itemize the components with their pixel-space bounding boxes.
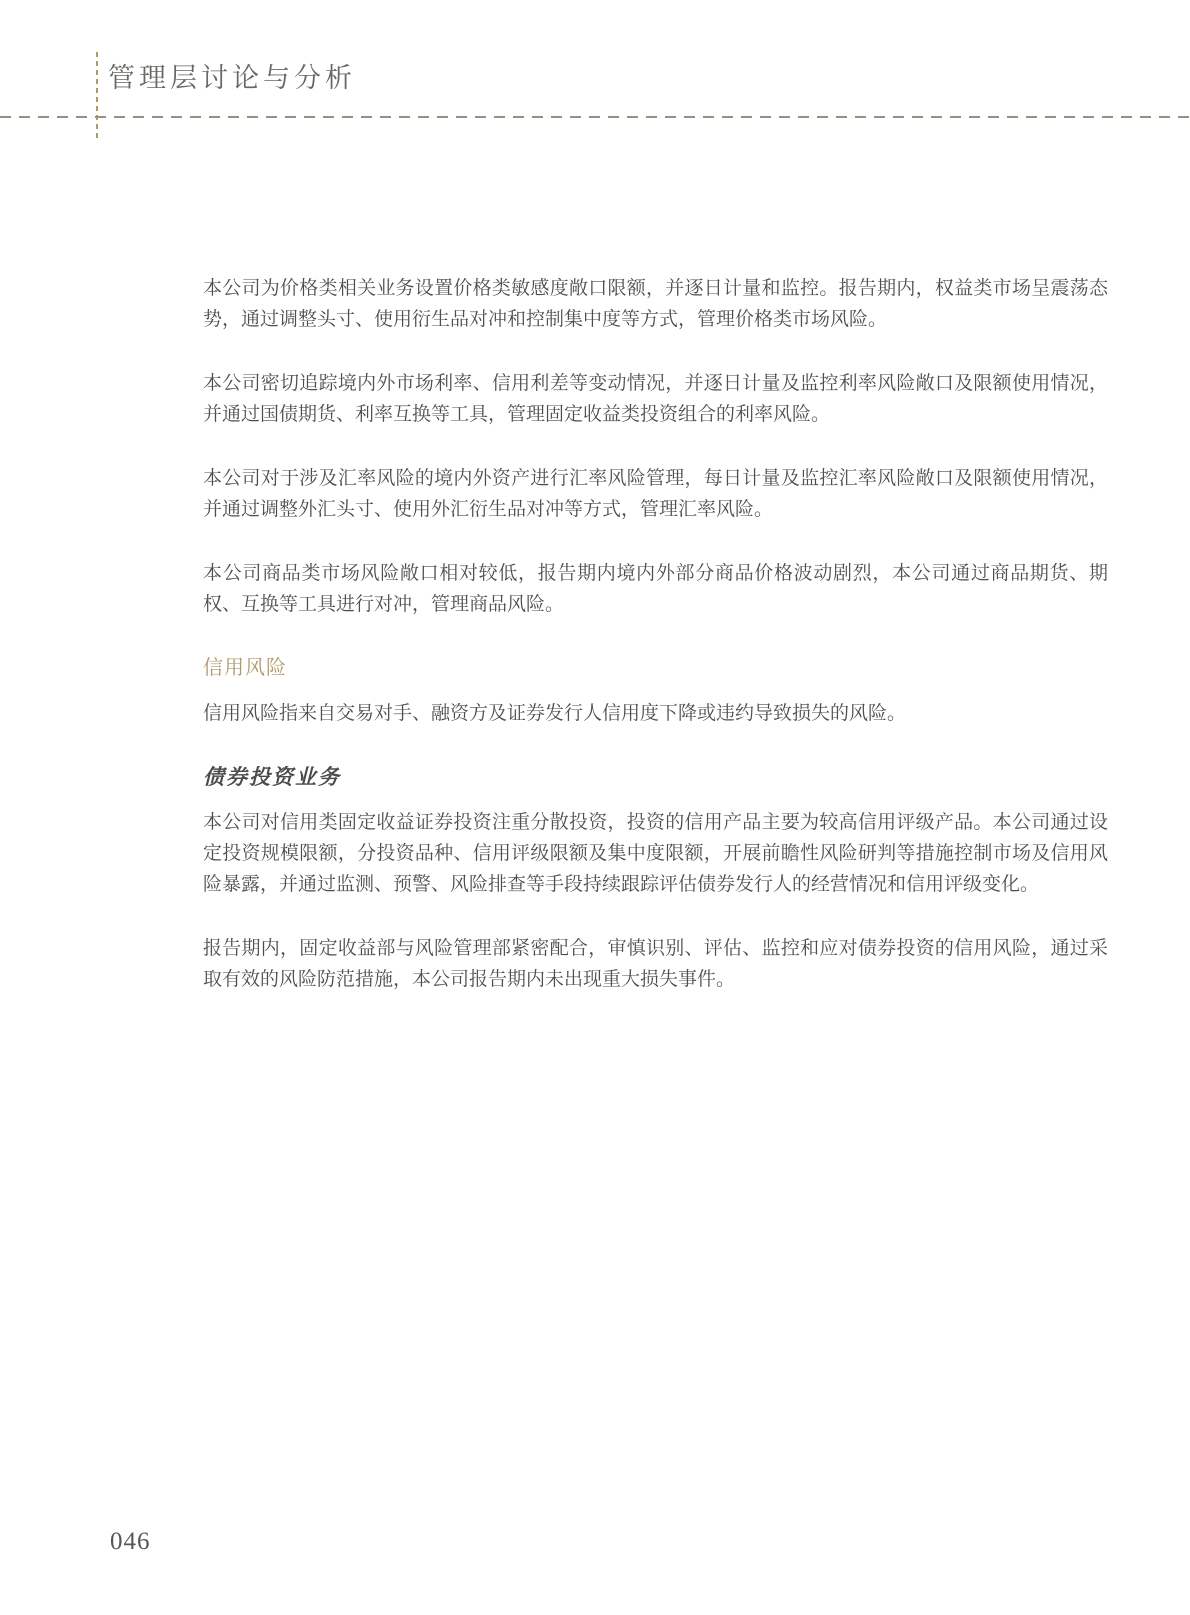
paragraph-market-risk-interest-rate: 本公司密切追踪境内外市场利率、信用利差等变动情况，并逐日计量及监控利率风险敞口及…: [203, 368, 1108, 430]
main-content: 本公司为价格类相关业务设置价格类敏感度敞口限额，并逐日计量和监控。报告期内，权益…: [203, 273, 1108, 1028]
paragraph-market-risk-fx: 本公司对于涉及汇率风险的境内外资产进行汇率风险管理，每日计量及监控汇率风险敞口及…: [203, 463, 1108, 525]
footer-page-number: 046: [110, 1528, 151, 1556]
paragraph-credit-risk-intro: 信用风险指来自交易对手、融资方及证券发行人信用度下降或违约导致损失的风险。: [203, 698, 1108, 729]
paragraph-market-risk-commodity: 本公司商品类市场风险敞口相对较低，报告期内境内外部分商品价格波动剧烈，本公司通过…: [203, 558, 1108, 620]
header-horizontal-dashed-divider: [0, 116, 1190, 118]
header-vertical-dashed-divider: [96, 52, 98, 138]
paragraph-bond-investment-controls: 本公司对信用类固定收益证券投资注重分散投资，投资的信用产品主要为较高信用评级产品…: [203, 807, 1108, 900]
report-page: 管理层讨论与分析 本公司为价格类相关业务设置价格类敏感度敞口限额，并逐日计量和监…: [0, 0, 1190, 1615]
subsection-heading-bond-investment: 债券投资业务: [203, 762, 1108, 793]
section-heading-credit-risk: 信用风险: [203, 653, 1108, 684]
paragraph-bond-investment-reporting-period: 报告期内，固定收益部与风险管理部紧密配合，审慎识别、评估、监控和应对债券投资的信…: [203, 933, 1108, 995]
page-header-title: 管理层讨论与分析: [108, 56, 356, 95]
paragraph-market-risk-price: 本公司为价格类相关业务设置价格类敏感度敞口限额，并逐日计量和监控。报告期内，权益…: [203, 273, 1108, 335]
